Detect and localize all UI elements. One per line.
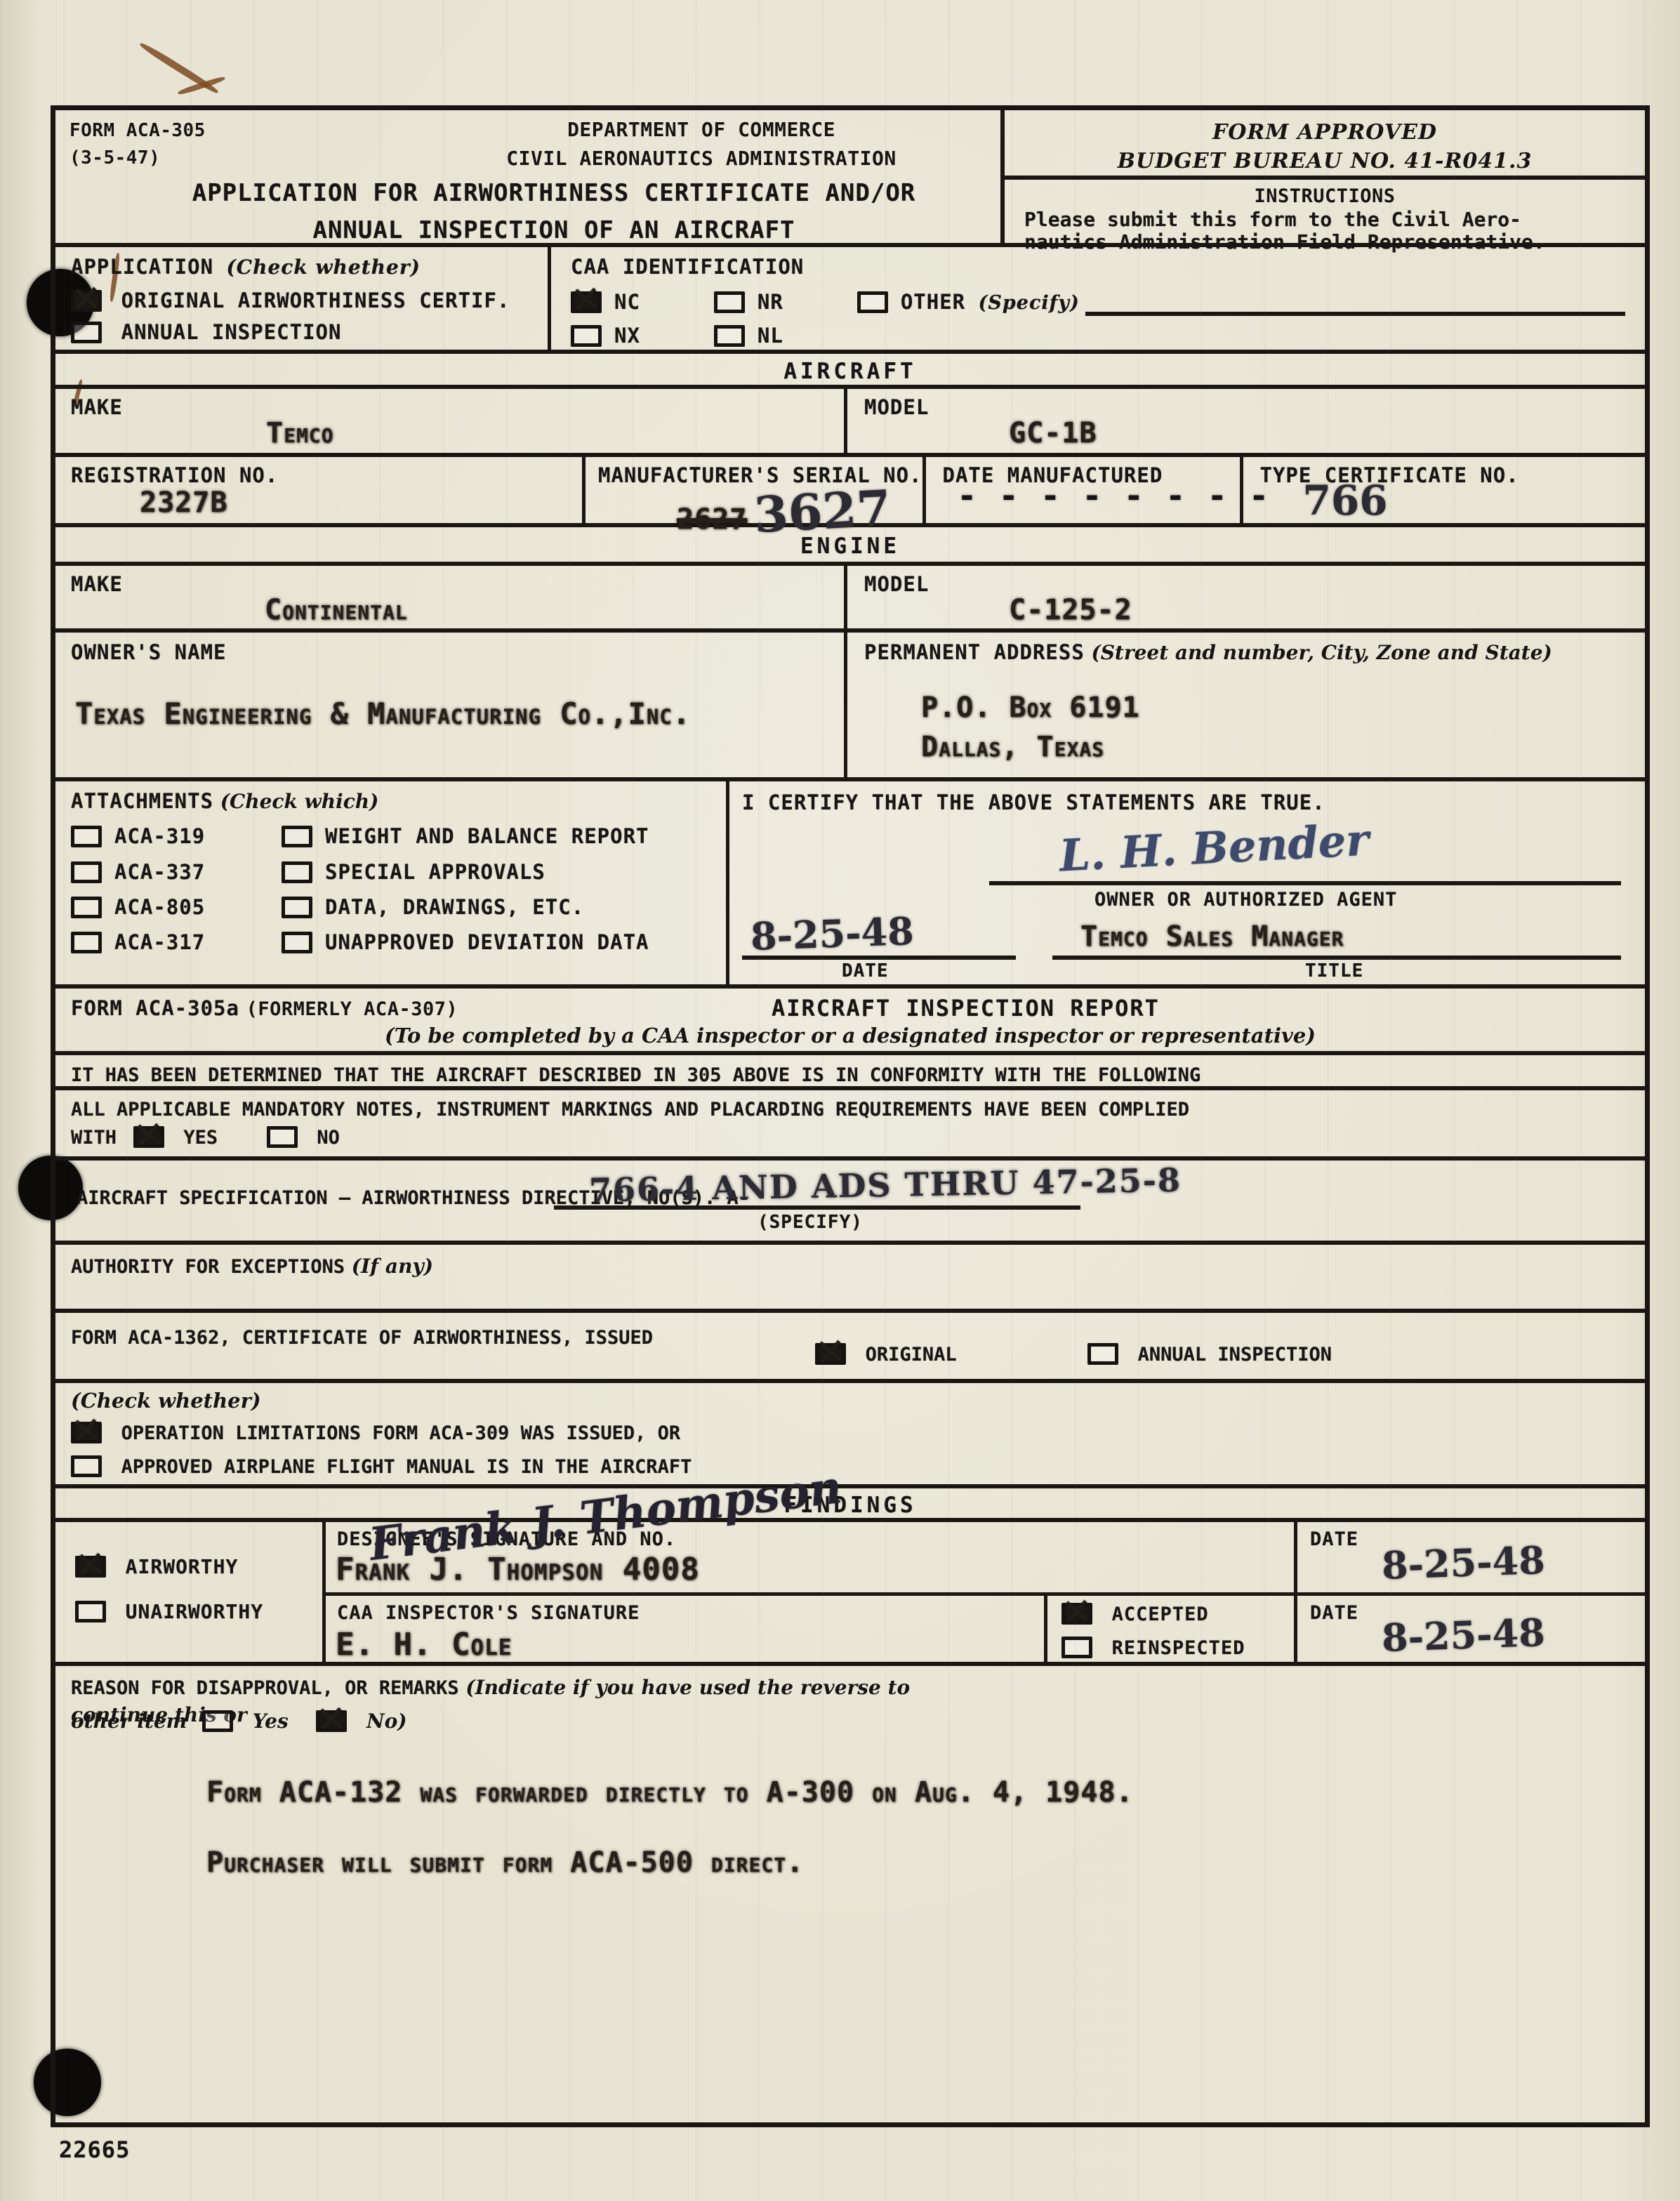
instructions: INSTRUCTIONS Please submit this form to … <box>1005 180 1645 253</box>
aircraft-make-value: Temco <box>266 416 334 451</box>
application-section: APPLICATION (Check whether) ORIGINAL AIR… <box>55 247 1645 354</box>
checkbox-nx[interactable] <box>571 325 602 347</box>
aircraft-registration-row: REGISTRATION NO. 2327B MANUFACTURER'S SE… <box>55 457 1645 527</box>
registration-value: 2327B <box>140 485 227 520</box>
aircraft-section-title: AIRCRAFT <box>55 354 1645 383</box>
inspector-signature-cell: CAA INSPECTOR'S SIGNATURE E. H. Cole <box>326 1596 1047 1662</box>
designee-date-label: DATE <box>1310 1528 1358 1552</box>
special-approvals-label: SPECIAL APPROVALS <box>325 859 545 885</box>
form-title: APPLICATION FOR AIRWORTHINESS CERTIFICAT… <box>112 175 996 249</box>
checkbox-original-airworthiness-label: ORIGINAL AIRWORTHINESS CERTIF. <box>121 288 510 313</box>
checkbox-aca-317[interactable] <box>71 932 102 953</box>
checkbox-accepted[interactable] <box>1061 1603 1092 1625</box>
caa-identification-label: CAA IDENTIFICATION <box>571 254 1645 279</box>
checkbox-aca-337[interactable] <box>71 861 102 883</box>
aircraft-make-label: MAKE <box>71 395 844 420</box>
certificate-issued-label: FORM ACA-1362, CERTIFICATE OF AIRWORTHIN… <box>71 1324 653 1353</box>
unairworthy-label: UNAIRWORTHY <box>126 1599 263 1624</box>
specify-label: (SPECIFY) <box>758 1211 863 1234</box>
certify-statement: I CERTIFY THAT THE ABOVE STATEMENTS ARE … <box>742 790 1325 815</box>
checkbox-unapproved-deviation[interactable] <box>282 932 312 953</box>
compliance-no-label: NO <box>317 1124 340 1153</box>
checkbox-other-label: OTHER (Specify) <box>901 289 1080 315</box>
stamp-number: 22665 <box>59 2136 130 2164</box>
data-drawings-label: DATA, DRAWINGS, ETC. <box>325 894 584 920</box>
agency-name: DEPARTMENT OF COMMERCE CIVIL AERONAUTICS… <box>392 116 1010 173</box>
weight-balance-label: WEIGHT AND BALANCE REPORT <box>325 824 649 849</box>
inspection-form-number: FORM ACA-305a (FORMERLY ACA-307) <box>71 996 458 1022</box>
application-label: APPLICATION (Check whether) <box>71 254 548 279</box>
checkbox-nx-label: NX <box>614 323 640 348</box>
flight-manual-label: APPROVED AIRPLANE FLIGHT MANUAL IS IN TH… <box>121 1453 692 1482</box>
inspection-report-header: FORM ACA-305a (FORMERLY ACA-307) AIRCRAF… <box>55 989 1645 1055</box>
engine-make-model: MAKE Continental MODEL C-125-2 <box>55 566 1645 633</box>
determination-text: IT HAS BEEN DETERMINED THAT THE AIRCRAFT… <box>71 1062 1201 1090</box>
inspector-date-cell: DATE 8-25-48 <box>1297 1596 1645 1662</box>
checkbox-annual-inspection-label: ANNUAL INSPECTION <box>121 319 342 345</box>
checkbox-reverse-yes[interactable] <box>202 1710 233 1732</box>
reinspected-label: REINSPECTED <box>1112 1637 1245 1660</box>
owner-name-value: Texas Engineering & Manufacturing Co.,In… <box>75 696 691 733</box>
aca-337-label: ACA-337 <box>114 859 205 885</box>
engine-model-value: C-125-2 <box>1009 593 1132 628</box>
checkbox-data-drawings[interactable] <box>282 897 312 918</box>
attachments-label: ATTACHMENTS (Check which) <box>71 788 726 814</box>
checkbox-other[interactable] <box>857 291 888 313</box>
engine-make-value: Continental <box>265 593 408 628</box>
checkbox-operation-limitations[interactable] <box>71 1422 102 1443</box>
certification-title-value: Temco Sales Manager <box>1080 919 1344 954</box>
certification-title-label: TITLE <box>1305 960 1363 983</box>
form-header: FORM ACA-305 (3-5-47) DEPARTMENT OF COMM… <box>55 110 1645 247</box>
other-specify-line[interactable] <box>1085 288 1625 316</box>
certification-cell: I CERTIFY THAT THE ABOVE STATEMENTS ARE … <box>729 781 1645 984</box>
authority-row: AUTHORITY FOR EXCEPTIONS (If any) <box>55 1245 1645 1313</box>
designee-date-value: 8-25-48 <box>1381 1538 1546 1588</box>
attachments-certification-section: ATTACHMENTS (Check which) ACA-319 WEIGHT… <box>55 781 1645 989</box>
airworthy-label: AIRWORTHY <box>126 1554 239 1579</box>
aircraft-make-model: MAKE Temco MODEL GC-1B <box>55 389 1645 457</box>
checkbox-annual-inspection[interactable] <box>71 322 102 343</box>
remarks-hint2: other item <box>71 1710 187 1733</box>
engine-make-label: MAKE <box>71 571 844 597</box>
unapproved-deviation-label: UNAPPROVED DEVIATION DATA <box>325 930 649 955</box>
checkbox-nc[interactable] <box>571 291 602 313</box>
checkbox-airworthy[interactable] <box>75 1556 106 1578</box>
owner-name-label: OWNER'S NAME <box>71 640 844 665</box>
checkbox-issued-original[interactable] <box>815 1343 846 1365</box>
spec-line[interactable] <box>554 1205 1080 1210</box>
aca-317-label: ACA-317 <box>114 930 205 955</box>
designee-signature-cell: DESIGNEE'S SIGNATURE AND NO. Frank J. Th… <box>326 1522 1297 1592</box>
certification-date-label: DATE <box>842 960 889 983</box>
inspection-title: AIRCRAFT INSPECTION REPORT <box>772 994 1160 1022</box>
checkbox-aca-805[interactable] <box>71 897 102 918</box>
permanent-address-label: PERMANENT ADDRESS (Street and number, Ci… <box>864 640 1625 665</box>
aircraft-model-value: GC-1B <box>1009 416 1097 451</box>
checkbox-weight-balance[interactable] <box>282 826 312 847</box>
operation-limitations-label: OPERATION LIMITATIONS FORM ACA-309 WAS I… <box>121 1420 681 1448</box>
checkbox-aca-319[interactable] <box>71 826 102 847</box>
date-manufactured-value: - - - - - - - - <box>958 477 1270 515</box>
aca-319-label: ACA-319 <box>114 824 205 849</box>
aircraft-band: AIRCRAFT <box>55 354 1645 389</box>
checkbox-nl-label: NL <box>758 323 783 348</box>
inspector-signature-label: CAA INSPECTOR'S SIGNATURE <box>337 1601 640 1625</box>
compliance-with: WITH <box>71 1127 117 1149</box>
spec-value: 766-4 AND ADS THRU 47-25-8 <box>589 1161 1182 1210</box>
checkbox-unairworthy[interactable] <box>75 1601 106 1622</box>
compliance-yes-label: YES <box>183 1124 218 1153</box>
attachments-cell: ATTACHMENTS (Check which) ACA-319 WEIGHT… <box>55 781 729 984</box>
reverse-no-label: No) <box>366 1710 407 1733</box>
inspector-date-value: 8-25-48 <box>1381 1610 1546 1660</box>
owner-section: OWNER'S NAME Texas Engineering & Manufac… <box>55 633 1645 781</box>
determination-row: IT HAS BEEN DETERMINED THAT THE AIRCRAFT… <box>55 1055 1645 1090</box>
checkbox-nr[interactable] <box>714 291 745 313</box>
check-whether-row: (Check whether) OPERATION LIMITATIONS FO… <box>55 1383 1645 1488</box>
owner-signature: L. H. Bender <box>1058 814 1370 882</box>
findings-section-title: FINDINGS <box>55 1488 1645 1516</box>
aircraft-specification-row: AIRCRAFT SPECIFICATION – AIRWORTHINESS D… <box>55 1161 1645 1245</box>
registration-label: REGISTRATION NO. <box>71 463 582 488</box>
ink-smudge <box>138 41 220 95</box>
engine-model-label: MODEL <box>864 571 1645 597</box>
checkbox-compliance-yes[interactable] <box>133 1126 164 1148</box>
issued-original-label: ORIGINAL <box>866 1341 957 1370</box>
address-line2: Dallas, Texas <box>921 729 1104 765</box>
remarks-line1: Form ACA-132 was forwarded directly to A… <box>206 1775 1134 1810</box>
checkbox-original-airworthiness[interactable] <box>71 290 102 312</box>
serial-struck-value: 2627 <box>677 503 747 536</box>
remarks-section: REASON FOR DISAPPROVAL, OR REMARKS (Indi… <box>55 1666 1645 2122</box>
scanned-form-page: 22665 FORM ACA-305 (3-5-47) DEPARTMENT O… <box>0 0 1680 2201</box>
form-number: FORM ACA-305 (3-5-47) <box>70 117 206 172</box>
inspection-subtitle: (To be completed by a CAA inspector or a… <box>55 1024 1645 1047</box>
accepted-label: ACCEPTED <box>1112 1603 1209 1627</box>
issued-annual-label: ANNUAL INSPECTION <box>1138 1341 1332 1370</box>
inspector-name: E. H. Cole <box>336 1625 512 1664</box>
aca-805-label: ACA-805 <box>114 894 205 920</box>
checkbox-special-approvals[interactable] <box>282 861 312 883</box>
checkbox-compliance-no[interactable] <box>267 1126 298 1148</box>
checkbox-reverse-no[interactable] <box>316 1710 347 1732</box>
airworthiness-cell: AIRWORTHY UNAIRWORTHY <box>55 1522 326 1662</box>
accepted-cell: ACCEPTED REINSPECTED <box>1047 1596 1297 1662</box>
form-aca-305: FORM ACA-305 (3-5-47) DEPARTMENT OF COMM… <box>51 105 1650 2127</box>
compliance-row: ALL APPLICABLE MANDATORY NOTES, INSTRUME… <box>55 1090 1645 1161</box>
compliance-text: ALL APPLICABLE MANDATORY NOTES, INSTRUME… <box>71 1096 1189 1125</box>
checkbox-flight-manual[interactable] <box>71 1455 102 1477</box>
certification-date-value: 8-25-48 <box>750 908 915 959</box>
findings-table: AIRWORTHY UNAIRWORTHY DESIGNEE'S SIGNATU… <box>55 1522 1645 1666</box>
remarks-line2: Purchaser will submit form ACA-500 direc… <box>206 1845 804 1880</box>
signature-line[interactable] <box>989 881 1621 885</box>
address-line1: P.O. Box 6191 <box>921 690 1140 725</box>
checkbox-reinspected[interactable] <box>1061 1637 1092 1658</box>
budget-approval: FORM APPROVED BUDGET BUREAU NO. 41-R041.… <box>1005 110 1645 180</box>
reverse-yes-label: Yes <box>253 1710 289 1733</box>
designee-date-cell: DATE 8-25-48 <box>1297 1522 1645 1592</box>
owner-agent-label: OWNER OR AUTHORIZED AGENT <box>1094 888 1397 912</box>
inspector-date-label: DATE <box>1310 1601 1358 1625</box>
checkbox-nr-label: NR <box>758 289 783 315</box>
certificate-issued-row: FORM ACA-1362, CERTIFICATE OF AIRWORTHIN… <box>55 1313 1645 1383</box>
checkbox-nl[interactable] <box>714 325 745 347</box>
checkbox-nc-label: NC <box>614 289 640 315</box>
authority-label: AUTHORITY FOR EXCEPTIONS (If any) <box>71 1253 433 1282</box>
serial-handwritten-value: 3627 <box>753 479 892 544</box>
type-certificate-value: 766 <box>1303 477 1388 524</box>
checkbox-issued-annual[interactable] <box>1087 1343 1118 1365</box>
findings-band: FINDINGS <box>55 1488 1645 1522</box>
aircraft-model-label: MODEL <box>864 395 1645 420</box>
